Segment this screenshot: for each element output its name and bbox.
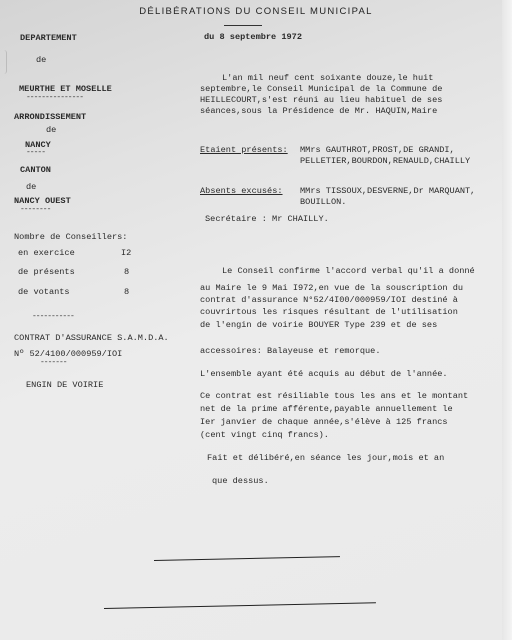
de-text: de [26,182,36,193]
divider: ----- [26,148,45,157]
de-text: de [36,55,46,66]
document-title: DÉLIBÉRATIONS DU CONSEIL MUNICIPAL [0,6,512,17]
binder-holes [0,50,7,74]
presents-line: PELLETIER,BOURDON,RENAULD,CHAILLY [300,156,470,167]
deliberation-line: couvrirtous les risques résultant de l'u… [200,307,458,318]
conseillers-label: de votants [18,287,70,298]
intro-line: L'an mil neuf cent soixante douze,le hui… [222,73,433,84]
deliberation-line: au Maire le 9 Mai I972,en vue de la sous… [200,283,463,294]
conseillers-label: en exercice [18,248,75,259]
secretaire: Secrétaire : Mr CHAILLY. [205,214,329,225]
contrat-title: CONTRAT D'ASSURANCE S.A.M.D.A. [14,333,169,344]
signature-line [154,556,340,561]
deliberation-line: de l'engin de voirie BOUYER Type 239 et … [200,320,437,331]
deliberation-line: Fait et délibéré,en séance les jour,mois… [207,453,444,464]
subject: ENGIN DE VOIRIE [26,380,103,391]
divider: --------------- [26,93,83,102]
intro-line: séances,sous la Présidence de Mr. HAQUIN… [200,106,437,117]
intro-line: septembre,le Conseil Municipal de la Com… [200,84,442,95]
absents-line: MMrs TISSOUX,DESVERNE,Dr MARQUANT, [300,186,475,197]
deliberation-line: contrat d'assurance N°52/4I00/000959/IOI… [200,295,458,306]
presents-line: MMrs GAUTHROT,PROST,DE GRANDI, [300,145,455,156]
contrat-number: Nº 52/4100/000959/IOI [14,349,122,360]
absents-label: Absents excusés: [200,186,283,197]
presents-label: Etaient présents: [200,145,288,156]
deliberation-line: accessoires: Balayeuse et remorque. [200,346,381,357]
canton-label: CANTON [20,165,51,176]
deliberation-line: que dessus. [212,476,269,487]
divider: ----------- [32,312,74,321]
meeting-date: du 8 septembre 1972 [204,32,302,43]
departement-label: DEPARTEMENT [20,33,77,44]
conseillers-value: I2 [121,248,131,259]
de-text: de [46,125,56,136]
conseillers-label: de présents [18,267,75,278]
deliberation-line: Ier janvier de chaque année,s'élève à 12… [200,417,448,428]
conseillers-value: 8 [124,287,129,298]
absents-line: BOUILLON. [300,197,346,208]
conseillers-title: Nombre de Conseillers: [14,232,127,243]
deliberation-line: Ce contrat est résiliable tous les ans e… [200,391,468,402]
intro-line: HEILLECOURT,s'est réuni au lieu habituel… [200,95,442,106]
deliberation-line: (cent vingt cinq francs). [200,430,329,441]
deliberation-line: net de la prime afférente,payable annuel… [200,404,453,415]
divider: ------- [40,358,67,367]
arrondissement-label: ARRONDISSEMENT [14,112,86,123]
conseillers-value: 8 [124,267,129,278]
deliberation-line: Le Conseil confirme l'accord verbal qu'i… [222,266,475,277]
signature-line [104,602,376,609]
divider: -------- [20,205,50,214]
deliberation-line: L'ensemble ayant été acquis au début de … [200,369,448,380]
title-rule [224,25,262,26]
page-edge [502,0,512,640]
